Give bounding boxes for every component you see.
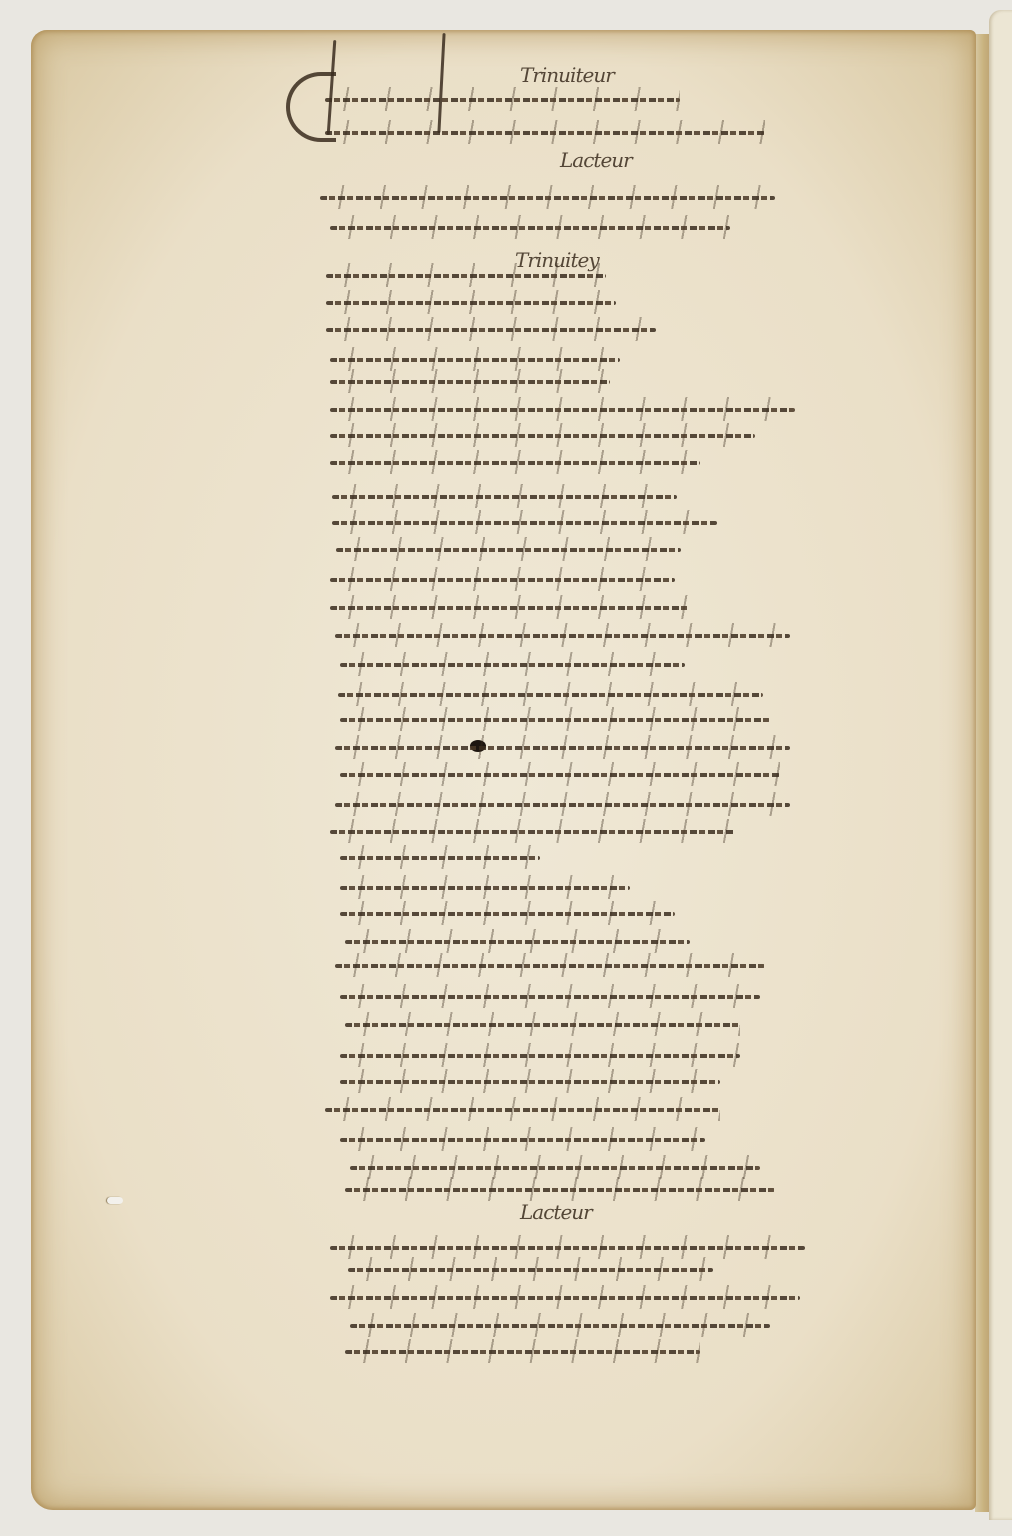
manuscript-line [335,959,765,973]
manuscript-line [325,93,680,107]
manuscript-line [330,375,610,389]
manuscript-line [330,1241,805,1255]
manuscript-line [345,935,690,949]
manuscript-line [330,221,730,235]
manuscript-line [345,1018,740,1032]
manuscript-line [340,990,760,1004]
manuscript-line [350,1161,760,1175]
section-heading: Trinuiteur [520,63,614,87]
manuscript-line [345,1345,700,1359]
manuscript-line [320,191,775,205]
page-hole [107,1197,123,1204]
manuscript-line [330,601,690,615]
manuscript-line [330,403,795,417]
manuscript-line [330,825,735,839]
manuscript-line [335,741,790,755]
manuscript-line [340,1049,740,1063]
manuscript-line [338,688,763,702]
manuscript-line [326,269,606,283]
manuscript-line [326,296,616,310]
manuscript-line [340,713,770,727]
section-heading: Lacteur [560,148,632,172]
manuscript-line [335,629,790,643]
manuscript-line [340,768,780,782]
manuscript-line [350,1319,770,1333]
manuscript-line [330,573,675,587]
manuscript-line [325,1103,720,1117]
manuscript-line [340,1133,705,1147]
manuscript-line [335,798,790,812]
section-heading: Lacteur [520,1200,592,1224]
binding-gutter [975,34,989,1512]
manuscript-line [345,1183,775,1197]
manuscript-line [330,1291,800,1305]
manuscript-line [336,543,681,557]
manuscript-line [340,1075,720,1089]
manuscript-line [332,490,677,504]
manuscript-line [330,456,700,470]
manuscript-line [330,429,755,443]
manuscript-line [348,1263,713,1277]
adjacent-page-edge [989,10,1012,1520]
manuscript-line [325,126,765,140]
manuscript-line [340,851,540,865]
manuscript-line [340,881,630,895]
manuscript-line [340,907,675,921]
manuscript-line [340,658,685,672]
manuscript-line [326,323,656,337]
manuscript-line [332,516,717,530]
manuscript-line [330,353,620,367]
